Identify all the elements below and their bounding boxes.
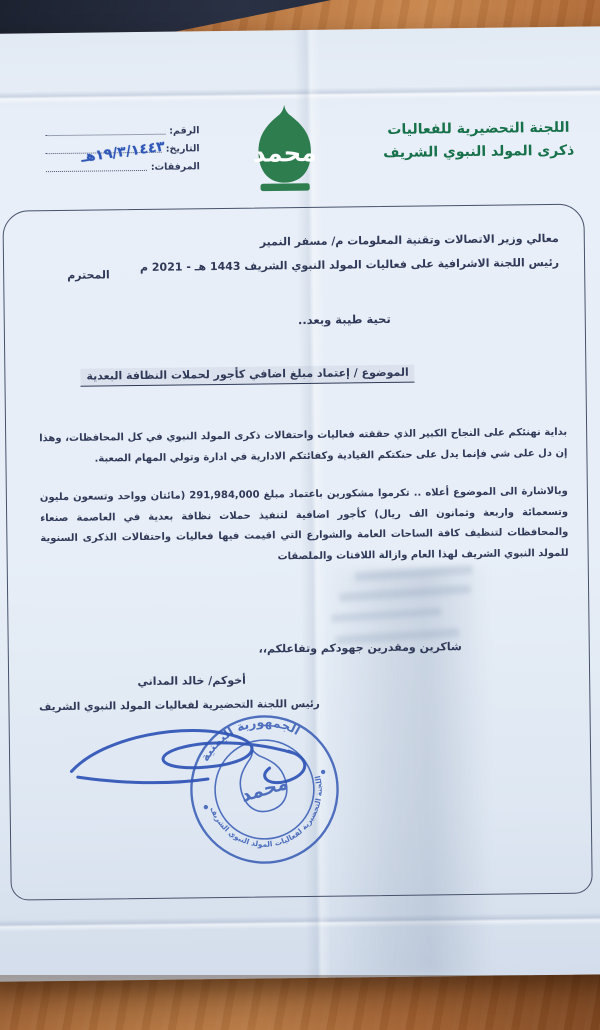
paragraph-request-amount: وبالاشارة الى الموضوع أعلاه .. تكرموا مش…	[40, 482, 569, 570]
ref-attachments-row: المرفقات:	[40, 161, 200, 174]
paragraph-congratulations: بداية نهنئكم على النجاح الكبير الذي حققت…	[39, 423, 567, 470]
ref-attachments-label: المرفقات:	[151, 161, 200, 173]
ref-number-label: الرقم:	[169, 125, 199, 136]
green-dome-logo-icon: محمد	[243, 102, 326, 195]
org-name-line2: ذكرى المولد النبوي الشريف	[374, 140, 584, 166]
ref-number-row: الرقم:	[39, 125, 199, 138]
photo-of-letter: { "scene": { "desk_wood_color": "#b5713c…	[0, 0, 600, 1030]
desk-bottom-shadow	[0, 975, 600, 1030]
honorific: المحترم	[67, 268, 110, 282]
signatory-name: أخوكم/ خالد المداني	[84, 673, 299, 689]
stamp-side-dot	[203, 804, 208, 809]
ref-date-label: التاريخ:	[166, 143, 200, 154]
letter-paper: اللجنة التحضيرية للفعاليات ذكرى المولد ا…	[0, 26, 600, 982]
closing-line: شاكرين ومقدرين جهودكم وتفاعلكم،،	[259, 640, 462, 655]
stamp-side-dot	[320, 769, 325, 774]
fold-crease-bottom	[0, 912, 600, 932]
org-name-line1: اللجنة التحضيرية للفعاليات	[373, 117, 583, 143]
ref-number-line	[45, 126, 165, 136]
greeting: تحية طيبة وبعد..	[298, 312, 391, 327]
org-name: اللجنة التحضيرية للفعاليات ذكرى المولد ا…	[373, 117, 584, 166]
reference-block: الرقم: التاريخ: المرفقات: ١٩/٣/١٤٤٣هـ	[39, 125, 200, 181]
logo-calligraphy: محمد	[253, 138, 317, 168]
